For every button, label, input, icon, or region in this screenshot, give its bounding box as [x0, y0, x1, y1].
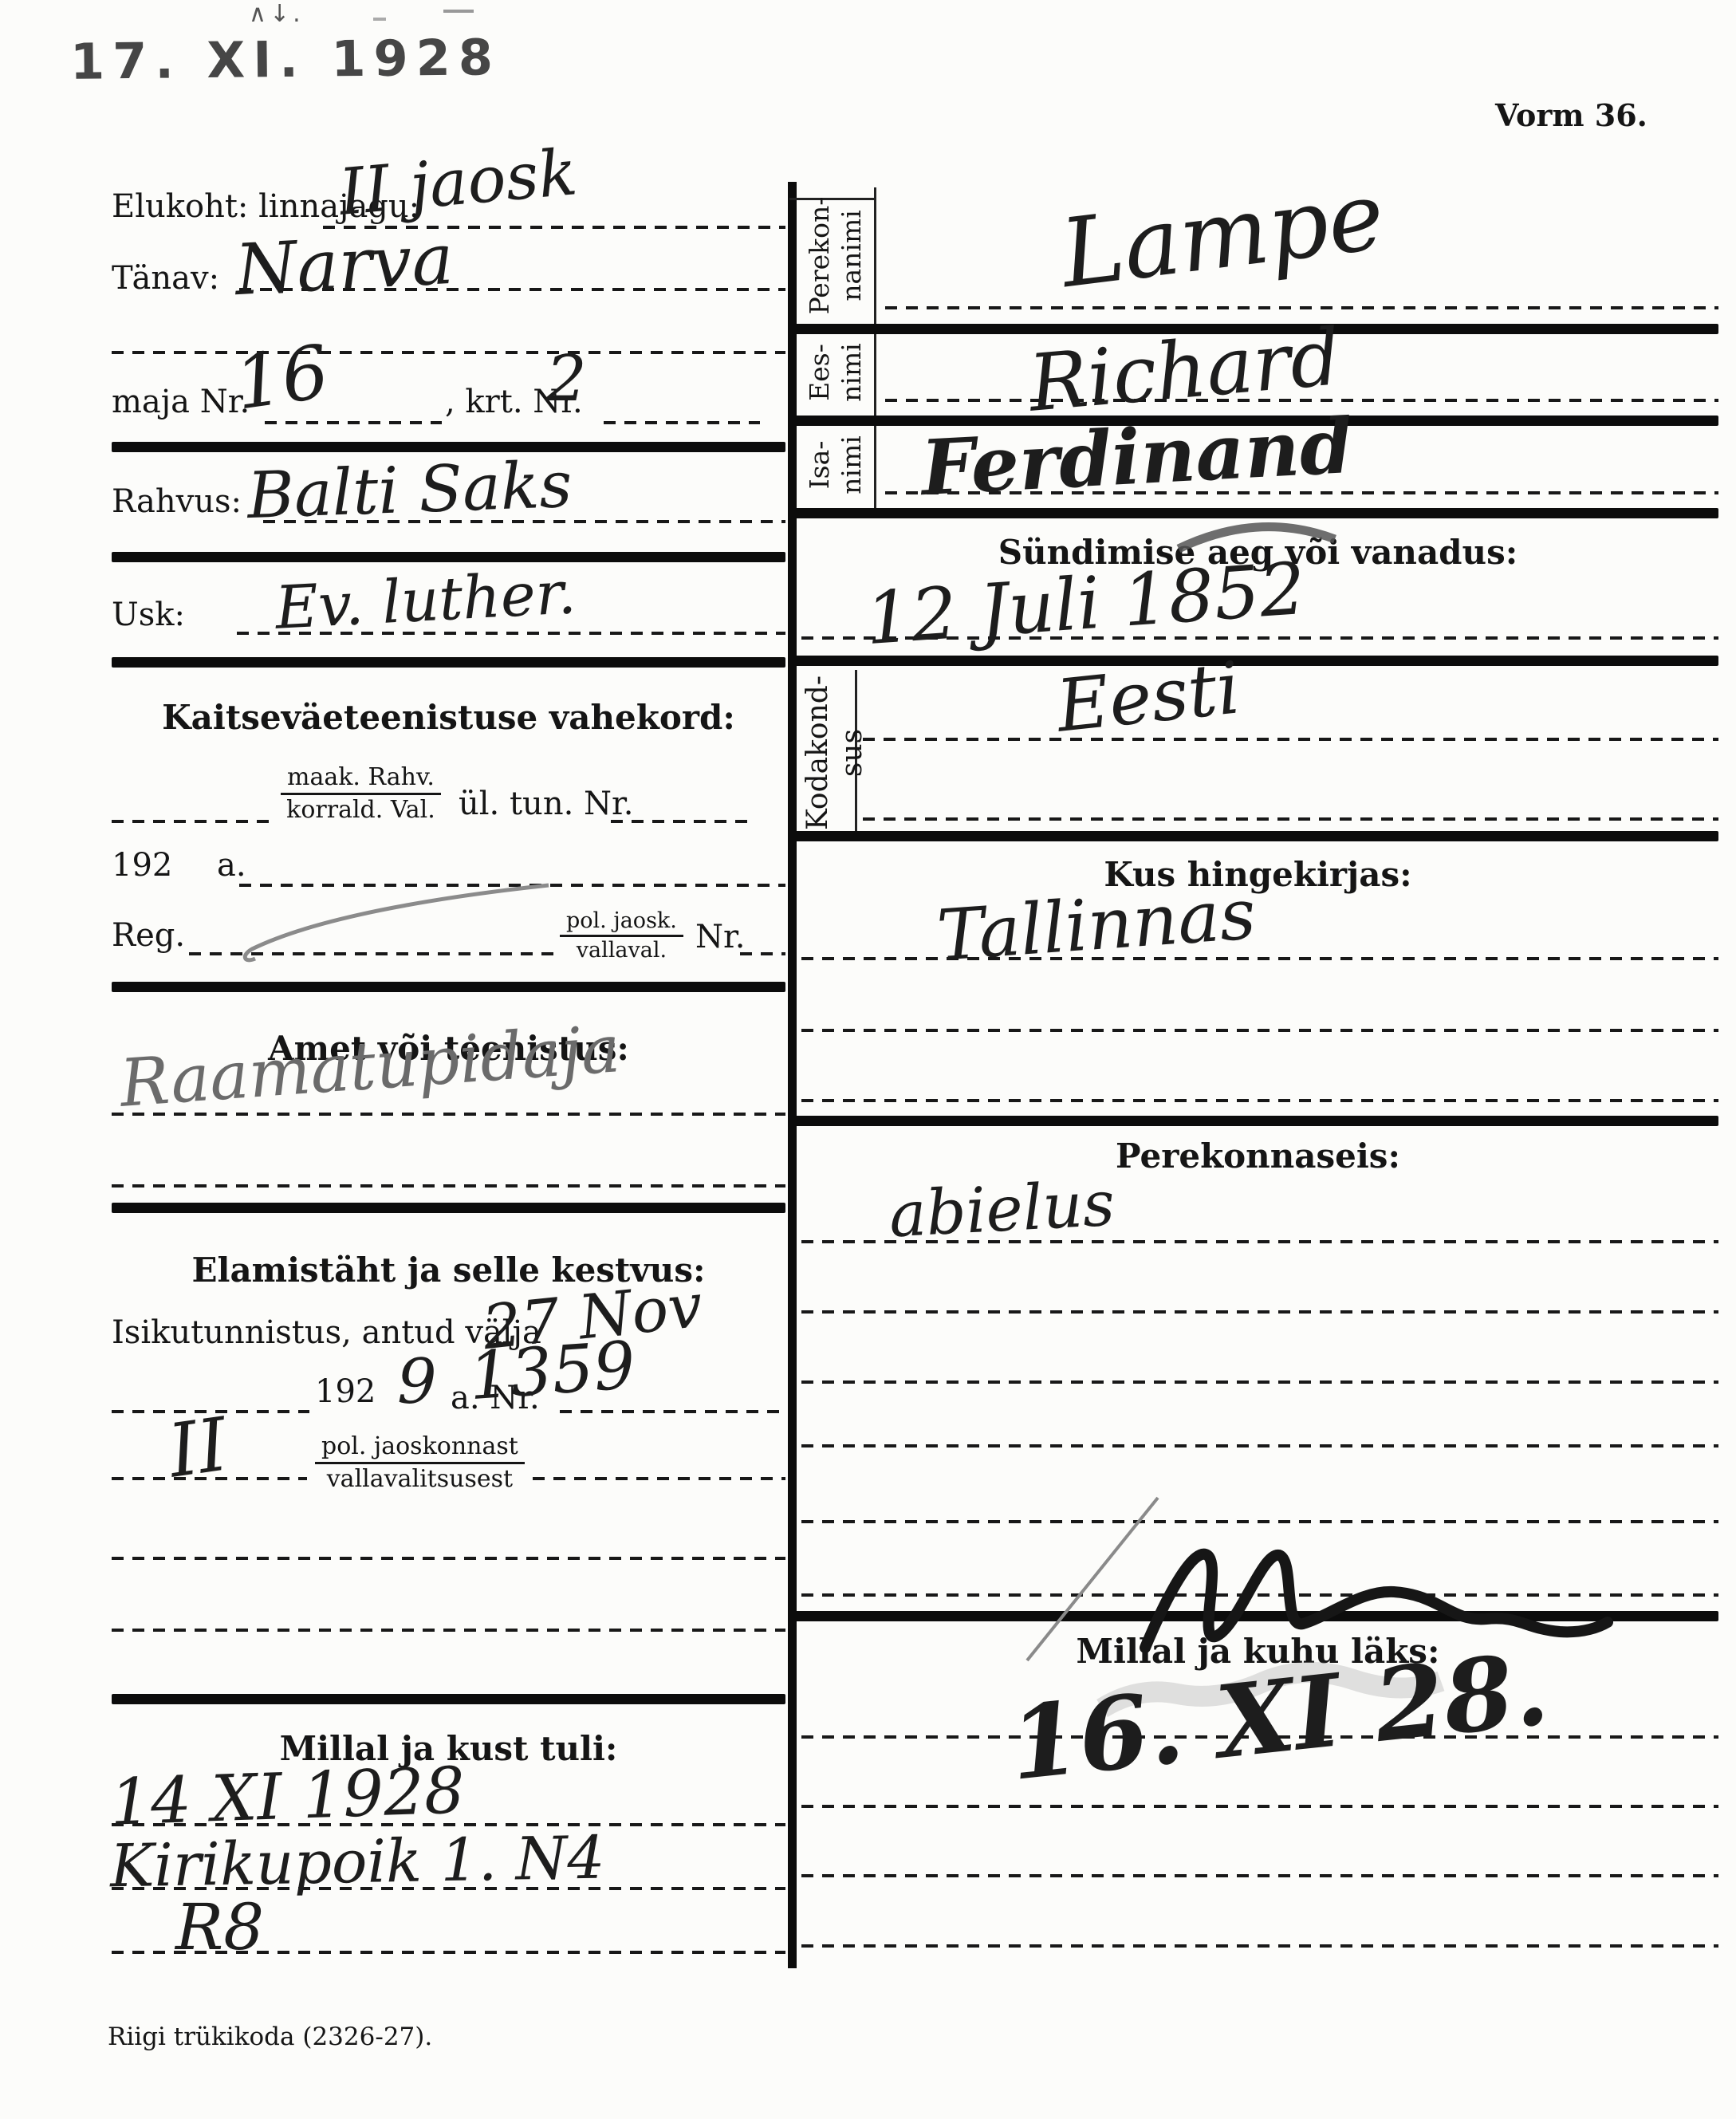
parish-rule-2 — [801, 1029, 1718, 1032]
occupation-value-handwritten: Raamatupidaja — [117, 1011, 622, 1122]
citizenship-label-bottom: sus — [835, 673, 869, 833]
street-continuation-rule — [112, 351, 785, 354]
military-rule-left — [112, 820, 271, 823]
surname-rule — [885, 306, 1718, 309]
apartment-number-rule — [604, 421, 760, 424]
apartment-number-value-handwritten: 2 — [546, 341, 587, 416]
military-certificate-label: ül. tun. Nr. — [459, 786, 633, 822]
registration-label: Reg. — [112, 917, 185, 954]
separator-left-6 — [112, 1694, 785, 1704]
father-name-label: Isa- nimi — [804, 421, 867, 509]
name-label-box-vertical-line — [874, 187, 876, 513]
military-fraction: maak. Rahv. korrald. Val. — [281, 764, 441, 823]
permit-blank-rule-2 — [112, 1629, 785, 1632]
military-service-title: Kaitseväeteenistuse vahekord: — [112, 698, 785, 737]
registration-fraction-top: pol. jaosk. — [560, 909, 683, 937]
registration-card-vorm-36: ∧↓. 17. XI. 1928 Vorm 36. Elukoht: linna… — [0, 0, 1736, 2119]
district-fraction: pol. jaoskonnast vallavalitsusest — [315, 1433, 525, 1492]
parish-rule-3 — [801, 1099, 1718, 1102]
departure-rule-3 — [801, 1874, 1718, 1877]
citizenship-rule-2 — [863, 817, 1718, 821]
year-prefix-label: 192 — [112, 847, 172, 884]
registration-fraction-bottom: vallaval. — [560, 937, 683, 963]
military-fraction-bottom: korrald. Val. — [281, 795, 441, 824]
id-year-prefix-label: 192 — [315, 1373, 376, 1410]
first-name-label-top: Ees- — [804, 329, 836, 416]
father-name-label-top: Isa- — [804, 421, 836, 509]
id-number-handwritten: 1359 — [466, 1328, 638, 1415]
registration-number-label: Nr. — [695, 919, 745, 955]
ethnicity-label: Rahvus: — [112, 483, 242, 520]
religion-label: Usk: — [112, 597, 185, 633]
surname-value-handwritten: Lampe — [1055, 160, 1390, 309]
separator-right-7 — [788, 1611, 1718, 1621]
separator-right-5 — [788, 831, 1718, 841]
street-label: Tänav: — [112, 260, 219, 297]
house-number-label: maja Nr. — [112, 384, 250, 420]
marital-rule-2 — [801, 1310, 1718, 1314]
occupation-rule-2 — [112, 1184, 785, 1188]
citizenship-value-handwritten: Eesti — [1053, 646, 1244, 748]
district-fraction-bottom: vallavalitsusest — [315, 1464, 525, 1493]
stamp-smudge-mark: ∧↓. — [249, 0, 304, 28]
departure-rule-2 — [801, 1805, 1718, 1808]
father-name-label-bottom: nimi — [836, 421, 868, 509]
registration-rule-right — [740, 952, 785, 955]
marital-rule-5 — [801, 1520, 1718, 1523]
id-year-digit-handwritten: 9 — [397, 1346, 437, 1418]
citizenship-label-top: Kodakond- — [801, 673, 835, 833]
district-fraction-top: pol. jaoskonnast — [315, 1433, 525, 1464]
first-name-label: Ees- nimi — [804, 329, 867, 416]
marital-rule-3 — [801, 1381, 1718, 1384]
surname-label-top: Perekon- — [804, 186, 836, 325]
district-value-handwritten: II — [163, 1401, 233, 1494]
separator-left-4 — [112, 982, 785, 992]
district-rule-right — [533, 1477, 785, 1480]
house-number-value-handwritten: 16 — [230, 329, 334, 426]
first-name-label-bottom: nimi — [836, 329, 868, 416]
pencil-stroke-registration-row — [245, 885, 549, 960]
registration-rule-left — [189, 952, 556, 955]
marital-status-title: Perekonnaseis: — [797, 1136, 1718, 1176]
departure-rule-4 — [801, 1944, 1718, 1948]
military-rule-right — [611, 820, 754, 823]
center-divider-line — [788, 182, 797, 1968]
marital-rule-6 — [801, 1593, 1718, 1597]
arrival-from-handwritten: Kirikupoik 1. N4 — [109, 1824, 605, 1901]
separator-left-5 — [112, 1203, 785, 1213]
military-fraction-top: maak. Rahv. — [281, 764, 441, 795]
id-number-rule — [560, 1410, 785, 1413]
religion-value-handwritten: Ev. luther. — [274, 558, 577, 643]
year-rule — [239, 884, 785, 887]
marital-status-value-handwritten: abielus — [888, 1168, 1116, 1252]
separator-left-3 — [112, 657, 785, 668]
separator-left-1 — [112, 442, 785, 452]
parish-register-title: Kus hingekirjas: — [797, 855, 1718, 894]
house-number-rule — [265, 421, 442, 424]
ethnicity-value-handwritten: Balti Saks — [246, 447, 573, 533]
surname-label: Perekon- nanimi — [804, 186, 867, 325]
citizenship-rule-1 — [863, 738, 1718, 741]
street-value-handwritten: Narva — [233, 218, 455, 311]
surname-label-bottom: nanimi — [836, 186, 868, 325]
residence-value-handwritten: II jaosk — [337, 135, 581, 230]
year-suffix-label: a. — [217, 847, 246, 884]
date-stamp: 17. XI. 1928 — [70, 28, 502, 91]
printer-note: Riigi trükikoda (2326-27). — [108, 2023, 432, 2051]
registration-fraction: pol. jaosk. vallaval. — [560, 909, 683, 963]
permit-blank-rule-1 — [112, 1557, 785, 1560]
separator-right-6 — [788, 1116, 1718, 1126]
marital-rule-4 — [801, 1444, 1718, 1447]
citizenship-label: Kodakond- sus — [801, 673, 869, 833]
form-number: Vorm 36. — [1495, 97, 1647, 133]
arrival-note-handwritten: R8 — [175, 1890, 264, 1964]
separator-left-2 — [112, 552, 785, 562]
